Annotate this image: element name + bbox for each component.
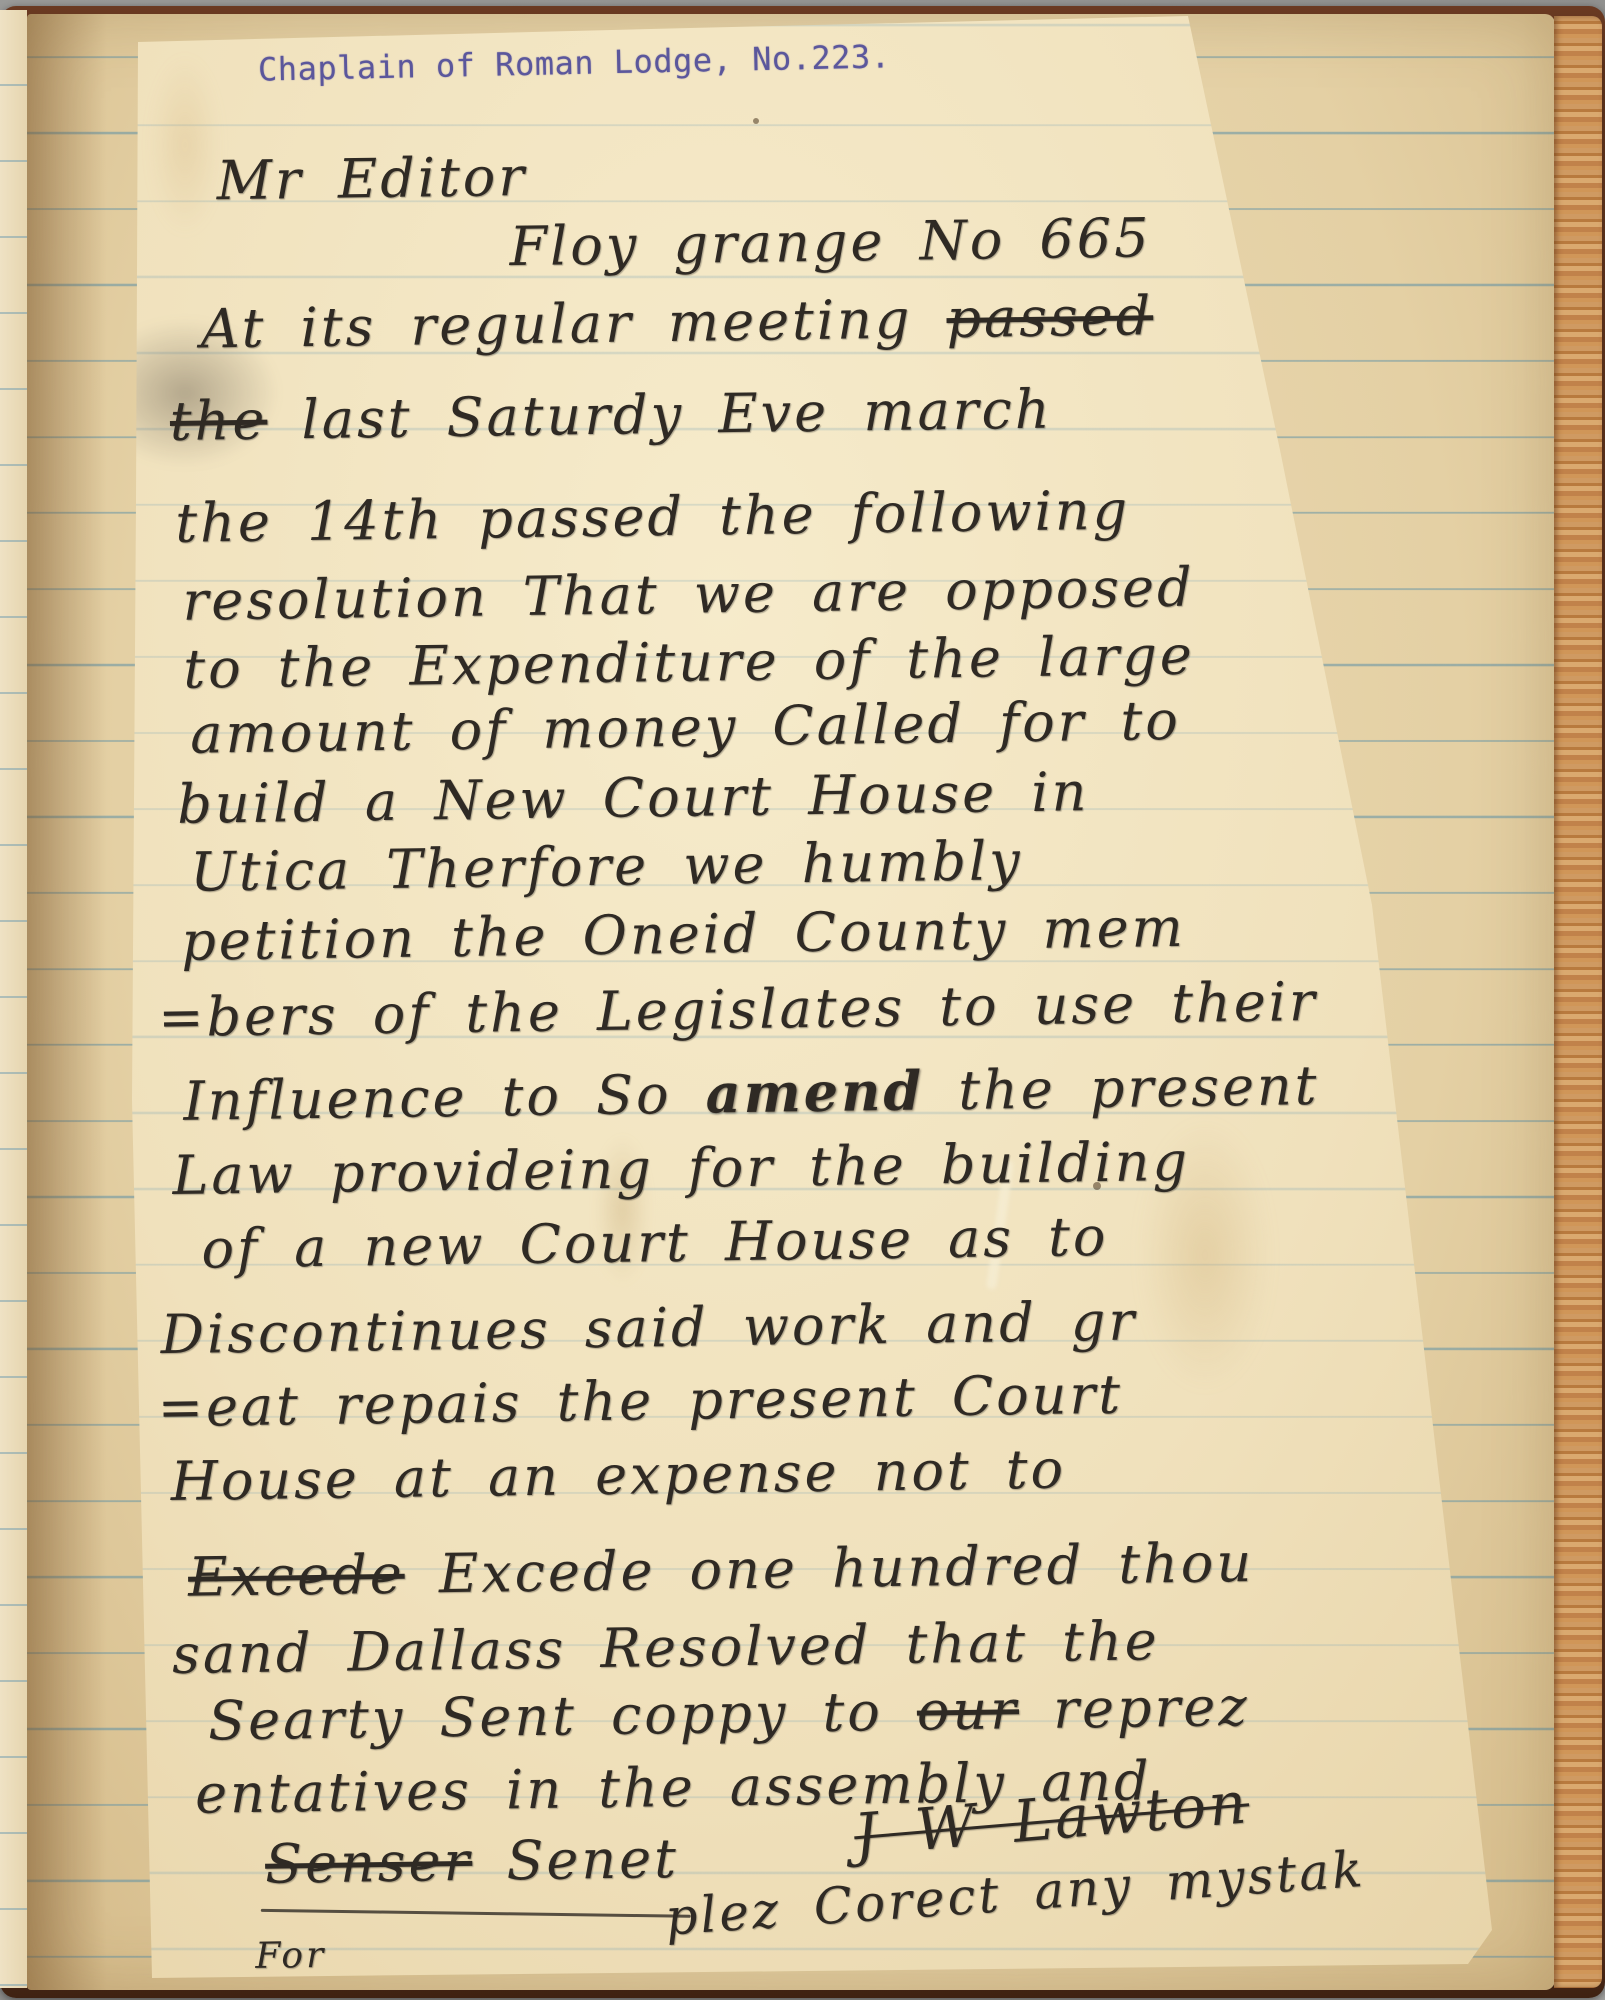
text-segment: to the Expenditure of the large	[183, 624, 1195, 701]
handwritten-line: of a new Court House as to	[201, 1207, 1109, 1279]
text-segment: Mr Editor	[216, 145, 527, 212]
text-segment: the 14th passed the following	[175, 479, 1131, 555]
struck-word: Senser	[265, 1830, 473, 1896]
handwritten-line: Influence to So amend the present	[183, 1056, 1320, 1131]
handwritten-line: to the Expenditure of the large	[183, 626, 1195, 700]
handwritten-line: Excede Excede one hundred thou	[188, 1533, 1255, 1607]
text-segment: the present	[924, 1054, 1320, 1123]
pen-flourish	[261, 1909, 691, 1918]
text-segment: Floy grange No 665	[509, 206, 1152, 278]
text-segment: last Saturdy Eve march	[267, 378, 1053, 452]
text-segment: =bers of the Legislates to use their	[158, 970, 1318, 1049]
text-segment: Searty Sent coppy to	[208, 1680, 918, 1753]
text-segment: =eat repais the present Court	[157, 1363, 1123, 1439]
handwritten-line: the last Saturdy Eve march	[170, 380, 1053, 452]
text-segment: Law provideing for the building	[172, 1130, 1190, 1207]
text-segment: Influence to So	[183, 1063, 706, 1133]
struck-word: passed	[946, 284, 1154, 350]
scrapbook-photo: Chaplain of Roman Lodge, No.223. Mr Edit…	[0, 0, 1605, 2000]
handwritten-line: build a New Court House in	[177, 762, 1090, 834]
handwritten-line: Law provideing for the building	[172, 1132, 1190, 1206]
text-segment: reprez	[1019, 1675, 1251, 1741]
overwritten-word: amend	[705, 1058, 924, 1125]
handwritten-line: =bers of the Legislates to use their	[158, 972, 1318, 1048]
text-segment: resolution That we are opposed	[182, 556, 1195, 633]
handwritten-line: sand Dallass Resolved that the	[172, 1611, 1160, 1684]
handwritten-line: Utica Therfore we humbly	[190, 831, 1023, 902]
stray-word: For	[255, 1936, 326, 1977]
handwritten-line: petition the Oneid County mem	[181, 898, 1186, 971]
text-segment: build a New Court House in	[177, 760, 1090, 836]
handwritten-line: Searty Sent coppy to our reprez	[208, 1677, 1250, 1751]
text-segment: Senet	[472, 1827, 679, 1893]
handwritten-line: Senser Senet	[265, 1829, 680, 1894]
postscript: plez Corect any mystak	[663, 1842, 1366, 1946]
handwritten-line: At its regular meeting passed	[200, 286, 1153, 359]
text-segment: At its regular meeting	[200, 287, 947, 360]
text-segment: sand Dallass Resolved that the	[172, 1609, 1160, 1686]
handwritten-line: resolution That we are opposed	[182, 558, 1195, 632]
facing-page-sliver	[0, 10, 27, 1988]
text-segment: Excede one hundred thou	[404, 1531, 1254, 1606]
handwritten-line: Mr Editor	[216, 147, 527, 211]
handwritten-line: =eat repais the present Court	[157, 1365, 1123, 1438]
handwritten-line: amount of money Called for to	[190, 691, 1181, 764]
handwritten-line: Discontinues said work and gr	[160, 1292, 1137, 1365]
text-segment: of a new Court House as to	[201, 1205, 1109, 1281]
handwritten-line: the 14th passed the following	[175, 481, 1131, 554]
page-edges	[1554, 16, 1602, 1988]
struck-word: Excede	[188, 1543, 405, 1609]
text-segment: Utica Therfore we humbly	[190, 829, 1023, 904]
handwritten-line: Floy grange No 665	[509, 208, 1152, 276]
struck-word: our	[916, 1678, 1019, 1742]
handwritten-line: House at an expense not to	[170, 1440, 1066, 1512]
text-segment: amount of money Called for to	[190, 689, 1181, 766]
struck-word: the	[169, 389, 267, 453]
text-segment: House at an expense not to	[170, 1438, 1066, 1513]
text-segment: petition the Oneid County mem	[181, 896, 1186, 973]
text-segment: Discontinues said work and gr	[160, 1290, 1137, 1367]
